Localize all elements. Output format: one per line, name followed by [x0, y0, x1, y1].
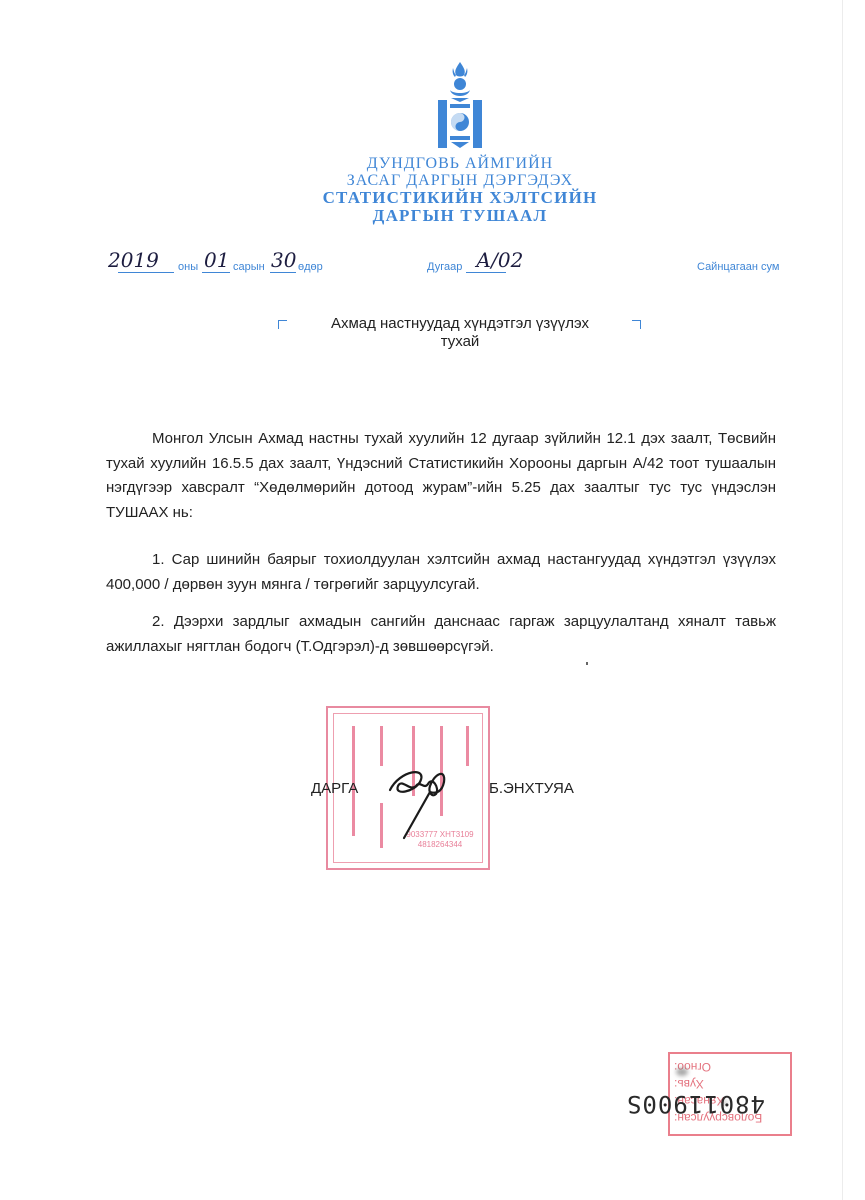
day-handwritten: 30 — [271, 248, 296, 272]
month-label: сарын — [233, 261, 265, 273]
place-label: Сайнцагаан сум — [697, 261, 779, 273]
year-label: оны — [178, 261, 198, 273]
number-underline — [466, 272, 506, 273]
letterhead-line3: СТАТИСТИКИЙН ХЭЛТСИЙН — [232, 189, 688, 207]
order-item-1: 1. Сар шинийн баярыг тохиолдуулан хэлтси… — [106, 548, 776, 597]
day-label: өдөр — [298, 261, 323, 273]
registration-number: 48011900S — [626, 1090, 765, 1118]
seal-script-column — [466, 726, 469, 766]
seal-script-column — [380, 726, 383, 766]
letterhead-line1: ДУНДГОВЬ АЙМГИЙН — [232, 155, 688, 172]
signer-name: Б.ЭНХТУЯА — [489, 780, 574, 797]
letterhead-line4: ДАРГЫН ТУШААЛ — [232, 207, 688, 225]
ink-smudge — [720, 1100, 728, 1106]
letterhead: ДУНДГОВЬ АЙМГИЙН ЗАСАГ ДАРГЫН ДЭРГЭДЭХ С… — [232, 155, 688, 225]
soyombo-emblem-icon — [434, 60, 486, 152]
number-label: Дугаар — [427, 261, 462, 273]
subject-line2: тухай — [275, 333, 645, 351]
preamble-paragraph: Монгол Улсын Ахмад настны тухай хуулийн … — [106, 427, 776, 525]
order-item-2: 2. Дээрхи зардлыг ахмадын сангийн дансна… — [106, 610, 776, 659]
subject-line1: Ахмад настнуудад хүндэтгэл үзүүлэх — [275, 315, 645, 333]
year-handwritten: 2019 — [108, 248, 159, 272]
handwritten-signature — [380, 762, 460, 842]
order-subject: Ахмад настнуудад хүндэтгэл үзүүлэх тухай — [275, 315, 645, 351]
month-underline — [202, 272, 230, 273]
stray-mark — [586, 662, 588, 665]
page-edge — [842, 0, 843, 1200]
order-meta-row: 2019 оны 01 сарын 30 өдөр Дугаар А/02 Са… — [0, 252, 865, 282]
reg-line: Огноо: — [674, 1058, 784, 1075]
letterhead-line2: ЗАСАГ ДАРГЫН ДЭРГЭДЭХ — [232, 172, 688, 189]
ink-smudge — [676, 1068, 688, 1076]
year-underline — [118, 272, 174, 273]
order-number-handwritten: А/02 — [476, 248, 523, 272]
month-handwritten: 01 — [204, 248, 229, 272]
day-underline — [270, 272, 296, 273]
signer-title: ДАРГА — [311, 780, 358, 797]
